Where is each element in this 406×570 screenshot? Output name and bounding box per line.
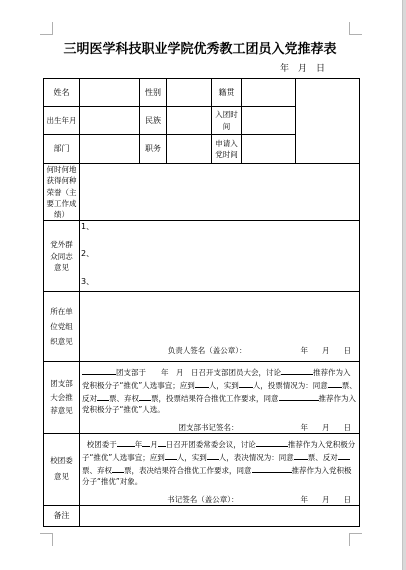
nonparty-item-2: 2、 [81,244,358,274]
school-date-month: 月 [322,494,330,505]
unit-date-month: 月 [322,345,330,356]
ethnicity-label: 民族 [140,107,167,135]
school-date-day: 日 [344,494,352,505]
remarks-field[interactable] [80,505,360,526]
unit-opinion-label: 所在单位党组织意见 [44,292,80,362]
ethnicity-field[interactable] [167,107,212,135]
branch-date-year: 年 [301,422,309,433]
branch-opinion-text: 团支部于 年 月 日召开支部团员大会，讨论推荐作为入党积极分子“推优”人选事宜；… [80,366,359,416]
margin-corner-top-left [40,22,53,35]
birth-field[interactable] [80,107,140,135]
branch-opinion-label: 团支部大会推荐意见 [44,362,80,434]
performance-field[interactable] [80,164,360,221]
document-title: 三明医学科技职业学院优秀教工团员入党推荐表 [0,38,400,57]
photo-area[interactable] [296,79,360,164]
birth-label: 出生年月 [44,107,80,135]
school-date-year: 年 [301,494,309,505]
name-label: 姓名 [44,79,80,107]
school-signature-label: 书记签名（盖公章）： [167,494,238,505]
unit-signature-line: 负责人签名（盖公章）： 年 月 日 [80,345,359,356]
branch-opinion-field[interactable]: 团支部于 年 月 日召开支部团员大会，讨论推荐作为入党积极分子“推优”人选事宜；… [80,362,360,434]
branch-date-month: 月 [322,422,330,433]
document-page: 三明医学科技职业学院优秀教工团员入党推荐表 年 月 日 姓名 性别 籍贯 出生年… [0,0,400,570]
native-place-field[interactable] [242,79,296,107]
unit-opinion-field[interactable]: 负责人签名（盖公章）： 年 月 日 [80,292,360,362]
position-field[interactable] [167,135,212,164]
unit-date-day: 日 [344,345,352,356]
nonparty-opinion-label: 党外群众同志意见 [44,221,80,292]
school-signature-line: 书记签名（盖公章）： 年 月 日 [80,494,359,505]
native-place-label: 籍贯 [212,79,242,107]
department-field[interactable] [80,135,140,164]
name-field[interactable] [80,79,140,107]
recommendation-form-table: 姓名 性别 籍贯 出生年月 民族 入团时间 部门 职务 申请入党时间 何时何地获… [43,78,360,527]
performance-label: 何时何地获得何种荣誉（主要工作成绩） [44,164,80,221]
branch-signature-label: 团支部书记签名： [179,422,239,433]
gender-label: 性别 [140,79,167,107]
remarks-label: 备注 [44,505,80,526]
join-league-label: 入团时间 [212,107,242,135]
apply-party-label: 申请入党时间 [212,135,242,164]
nonparty-opinion-field[interactable]: 1、 2、 3、 [80,221,360,292]
gender-field[interactable] [167,79,212,107]
school-opinion-label: 校团委意见 [44,434,80,506]
join-league-field[interactable] [242,107,296,135]
unit-date-year: 年 [301,345,309,356]
school-opinion-text: 校团委于年月日召开团委常委会议，讨论推荐作为入党积极分子“推优”人选事宜；应到人… [80,438,359,488]
branch-date-day: 日 [344,422,352,433]
margin-corner-bottom-right [349,533,362,546]
apply-party-field[interactable] [242,135,296,164]
vertical-scrollbar[interactable] [402,0,406,570]
department-label: 部门 [44,135,80,164]
margin-corner-bottom-left [40,533,53,546]
school-opinion-field[interactable]: 校团委于年月日召开团委常委会议，讨论推荐作为入党积极分子“推优”人选事宜；应到人… [80,434,360,506]
form-date: 年 月 日 [280,61,325,74]
margin-corner-top-right [349,22,362,35]
branch-signature-line: 团支部书记签名： 年 月 日 [80,422,359,433]
position-label: 职务 [140,135,167,164]
unit-signature-label: 负责人签名（盖公章）： [168,345,247,356]
nonparty-item-3: 3、 [81,274,358,288]
nonparty-item-1: 1、 [81,221,358,244]
